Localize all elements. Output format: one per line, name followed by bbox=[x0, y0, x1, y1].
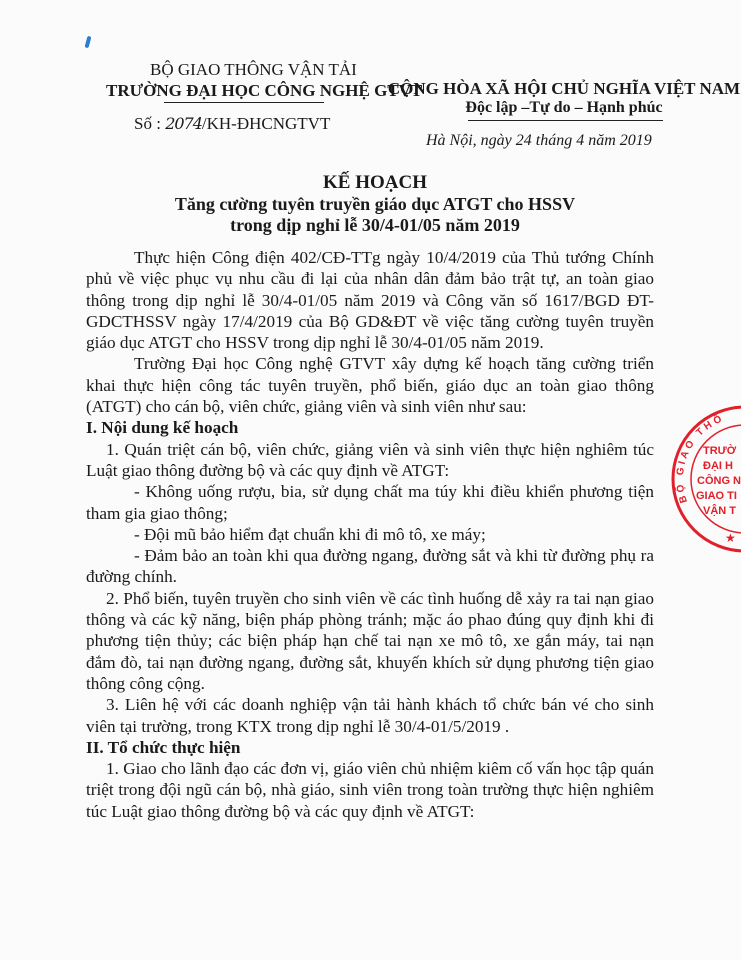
document-title: KẾ HOẠCH bbox=[150, 172, 600, 194]
motto-underline bbox=[468, 120, 663, 121]
number-label: Số : bbox=[134, 114, 165, 133]
issue-date: Hà Nội, ngày 24 tháng 4 năm 2019 bbox=[426, 132, 652, 150]
handwritten-number: 2074 bbox=[165, 114, 202, 133]
intro-paragraph-2: Trường Đại học Công nghệ GTVT xây dựng k… bbox=[86, 353, 654, 417]
document-subtitle-line1: Tăng cường tuyên truyền giáo dục ATGT ch… bbox=[150, 194, 600, 215]
svg-text:VẬN T: VẬN T bbox=[703, 504, 736, 517]
document-number: Số : 2074/KH-ĐHCNGTVT bbox=[134, 114, 330, 134]
school-underline bbox=[164, 102, 324, 103]
svg-text:GIAO TI: GIAO TI bbox=[696, 490, 737, 502]
document-page: BỘ GIAO THÔNG VẬN TẢI TRƯỜNG ĐẠI HỌC CÔN… bbox=[0, 0, 741, 960]
section-2-heading: II. Tổ chức thực hiện bbox=[86, 737, 654, 758]
section-1-item-1: 1. Quán triệt cán bộ, viên chức, giảng v… bbox=[86, 439, 654, 482]
svg-text:CÔNG N: CÔNG N bbox=[697, 474, 741, 487]
section-1-item-3: 3. Liên hệ với các doanh nghiệp vận tải … bbox=[86, 694, 654, 737]
intro-paragraph-1: Thực hiện Công điện 402/CĐ-TTg ngày 10/4… bbox=[86, 247, 654, 353]
star-icon: ★ bbox=[725, 531, 736, 545]
pen-mark bbox=[85, 36, 92, 49]
document-body: Thực hiện Công điện 402/CĐ-TTg ngày 10/4… bbox=[86, 247, 654, 822]
section-1-bullet: - Đội mũ bảo hiểm đạt chuẩn khi đi mô tô… bbox=[86, 524, 654, 545]
section-1-bullet: - Không uống rượu, bia, sử dụng chất ma … bbox=[86, 481, 654, 524]
section-1-heading: I. Nội dung kế hoạch bbox=[86, 417, 654, 438]
section-1-item-2: 2. Phổ biến, tuyên truyền cho sinh viên … bbox=[86, 588, 654, 694]
ministry-name: BỘ GIAO THÔNG VẬN TẢI bbox=[150, 60, 350, 80]
country-name: CỘNG HÒA XÃ HỘI CHỦ NGHĨA VIỆT NAM bbox=[384, 79, 741, 99]
school-name: TRƯỜNG ĐẠI HỌC CÔNG NGHỆ GTVT bbox=[106, 81, 396, 101]
svg-text:TRƯỜ: TRƯỜ bbox=[703, 444, 737, 457]
national-motto: Độc lập –Tự do – Hạnh phúc bbox=[384, 99, 741, 117]
document-subtitle-line2: trong dịp nghỉ lễ 30/4-01/05 năm 2019 bbox=[150, 215, 600, 236]
number-suffix: /KH-ĐHCNGTVT bbox=[202, 114, 330, 133]
section-2-item-1: 1. Giao cho lãnh đạo các đơn vị, giáo vi… bbox=[86, 758, 654, 822]
stamp-seal-icon: BỘ GIAO THÔ TRƯỜ ĐẠI H CÔNG N GIAO TI VẬ… bbox=[663, 404, 741, 554]
section-1-bullet: - Đảm bảo an toàn khi qua đường ngang, đ… bbox=[86, 545, 654, 588]
svg-text:ĐẠI H: ĐẠI H bbox=[703, 460, 733, 472]
official-stamp: BỘ GIAO THÔ TRƯỜ ĐẠI H CÔNG N GIAO TI VẬ… bbox=[663, 404, 741, 554]
